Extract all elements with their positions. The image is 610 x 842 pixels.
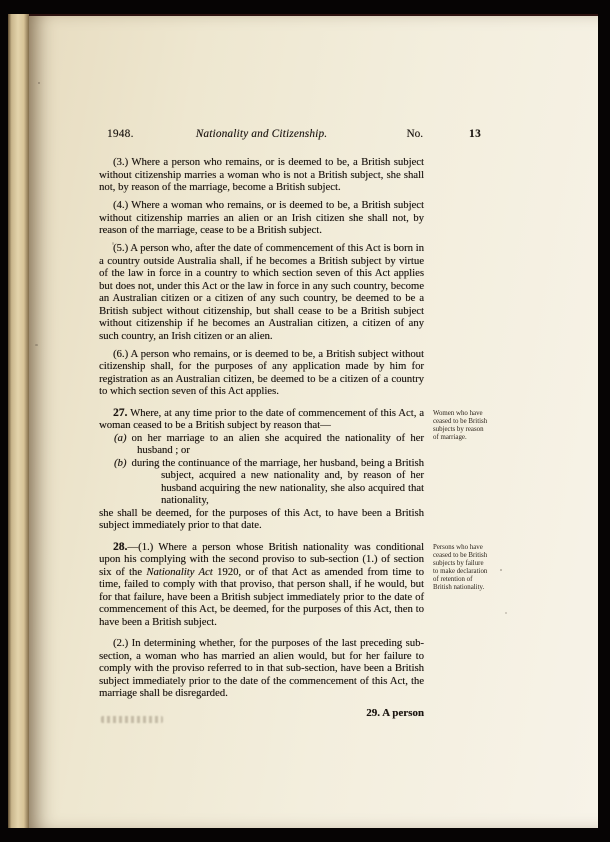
page-header: 1948. Nationality and Citizenship. No. 1… <box>99 128 424 143</box>
item-b-label: (b) <box>114 457 131 469</box>
scan-speck <box>500 569 502 571</box>
section-27-intro-text: Where, at any time prior to the date of … <box>99 407 424 432</box>
running-title: Nationality and Citizenship. <box>99 128 424 141</box>
section-27-intro: 27. Where, at any time prior to the date… <box>99 407 424 432</box>
text-column: 1948. Nationality and Citizenship. No. 1… <box>99 128 424 719</box>
section-28-sub-2: (2.) In determining whether, for the pur… <box>99 637 424 700</box>
paragraph-4: (4.) Where a woman who remains, or is de… <box>99 199 424 237</box>
header-year: 1948. <box>107 128 134 141</box>
paragraph-5: (5.) A person who, after the date of com… <box>99 242 424 342</box>
scan-speck <box>38 82 40 84</box>
section-28-sub-1: 28.—(1.) Where a person whose British na… <box>99 541 424 629</box>
paragraph-3: (3.) Where a person who remains, or is d… <box>99 156 424 194</box>
book-page-edges <box>8 14 30 828</box>
section-27: 27. Where, at any time prior to the date… <box>99 407 424 532</box>
catchword-next-section: 29. A person <box>99 707 424 720</box>
section-28: 28.—(1.) Where a person whose British na… <box>99 541 424 700</box>
scanned-book-photo: 1948. Nationality and Citizenship. No. 1… <box>0 0 610 842</box>
item-a-label: (a) <box>114 432 131 444</box>
margin-note-section-27: Women who have ceased to be British subj… <box>433 410 490 442</box>
margin-note-section-28: Persons who have ceased to be British su… <box>433 544 490 592</box>
document-page: 1948. Nationality and Citizenship. No. 1… <box>29 14 598 828</box>
section-27-item-b: (b)during the continuance of the marriag… <box>99 457 424 507</box>
item-a-text: on her marriage to an alien she acquired… <box>131 432 424 457</box>
scan-speck <box>505 612 507 614</box>
section-27-item-a: (a)on her marriage to an alien she acqui… <box>99 432 424 457</box>
section-27-number: 27. <box>113 407 127 419</box>
header-no-label: No. <box>407 128 423 141</box>
item-b-text: during the continuance of the marriage, … <box>131 457 424 507</box>
cited-act-title: Nationality Act <box>146 566 212 578</box>
paragraph-6: (6.) A person who remains, or is deemed … <box>99 348 424 398</box>
section-27-closing: she shall be deemed, for the purposes of… <box>99 507 424 532</box>
page-number: 13 <box>469 128 481 141</box>
section-28-number: 28. <box>113 541 127 553</box>
scan-speck <box>35 344 38 346</box>
